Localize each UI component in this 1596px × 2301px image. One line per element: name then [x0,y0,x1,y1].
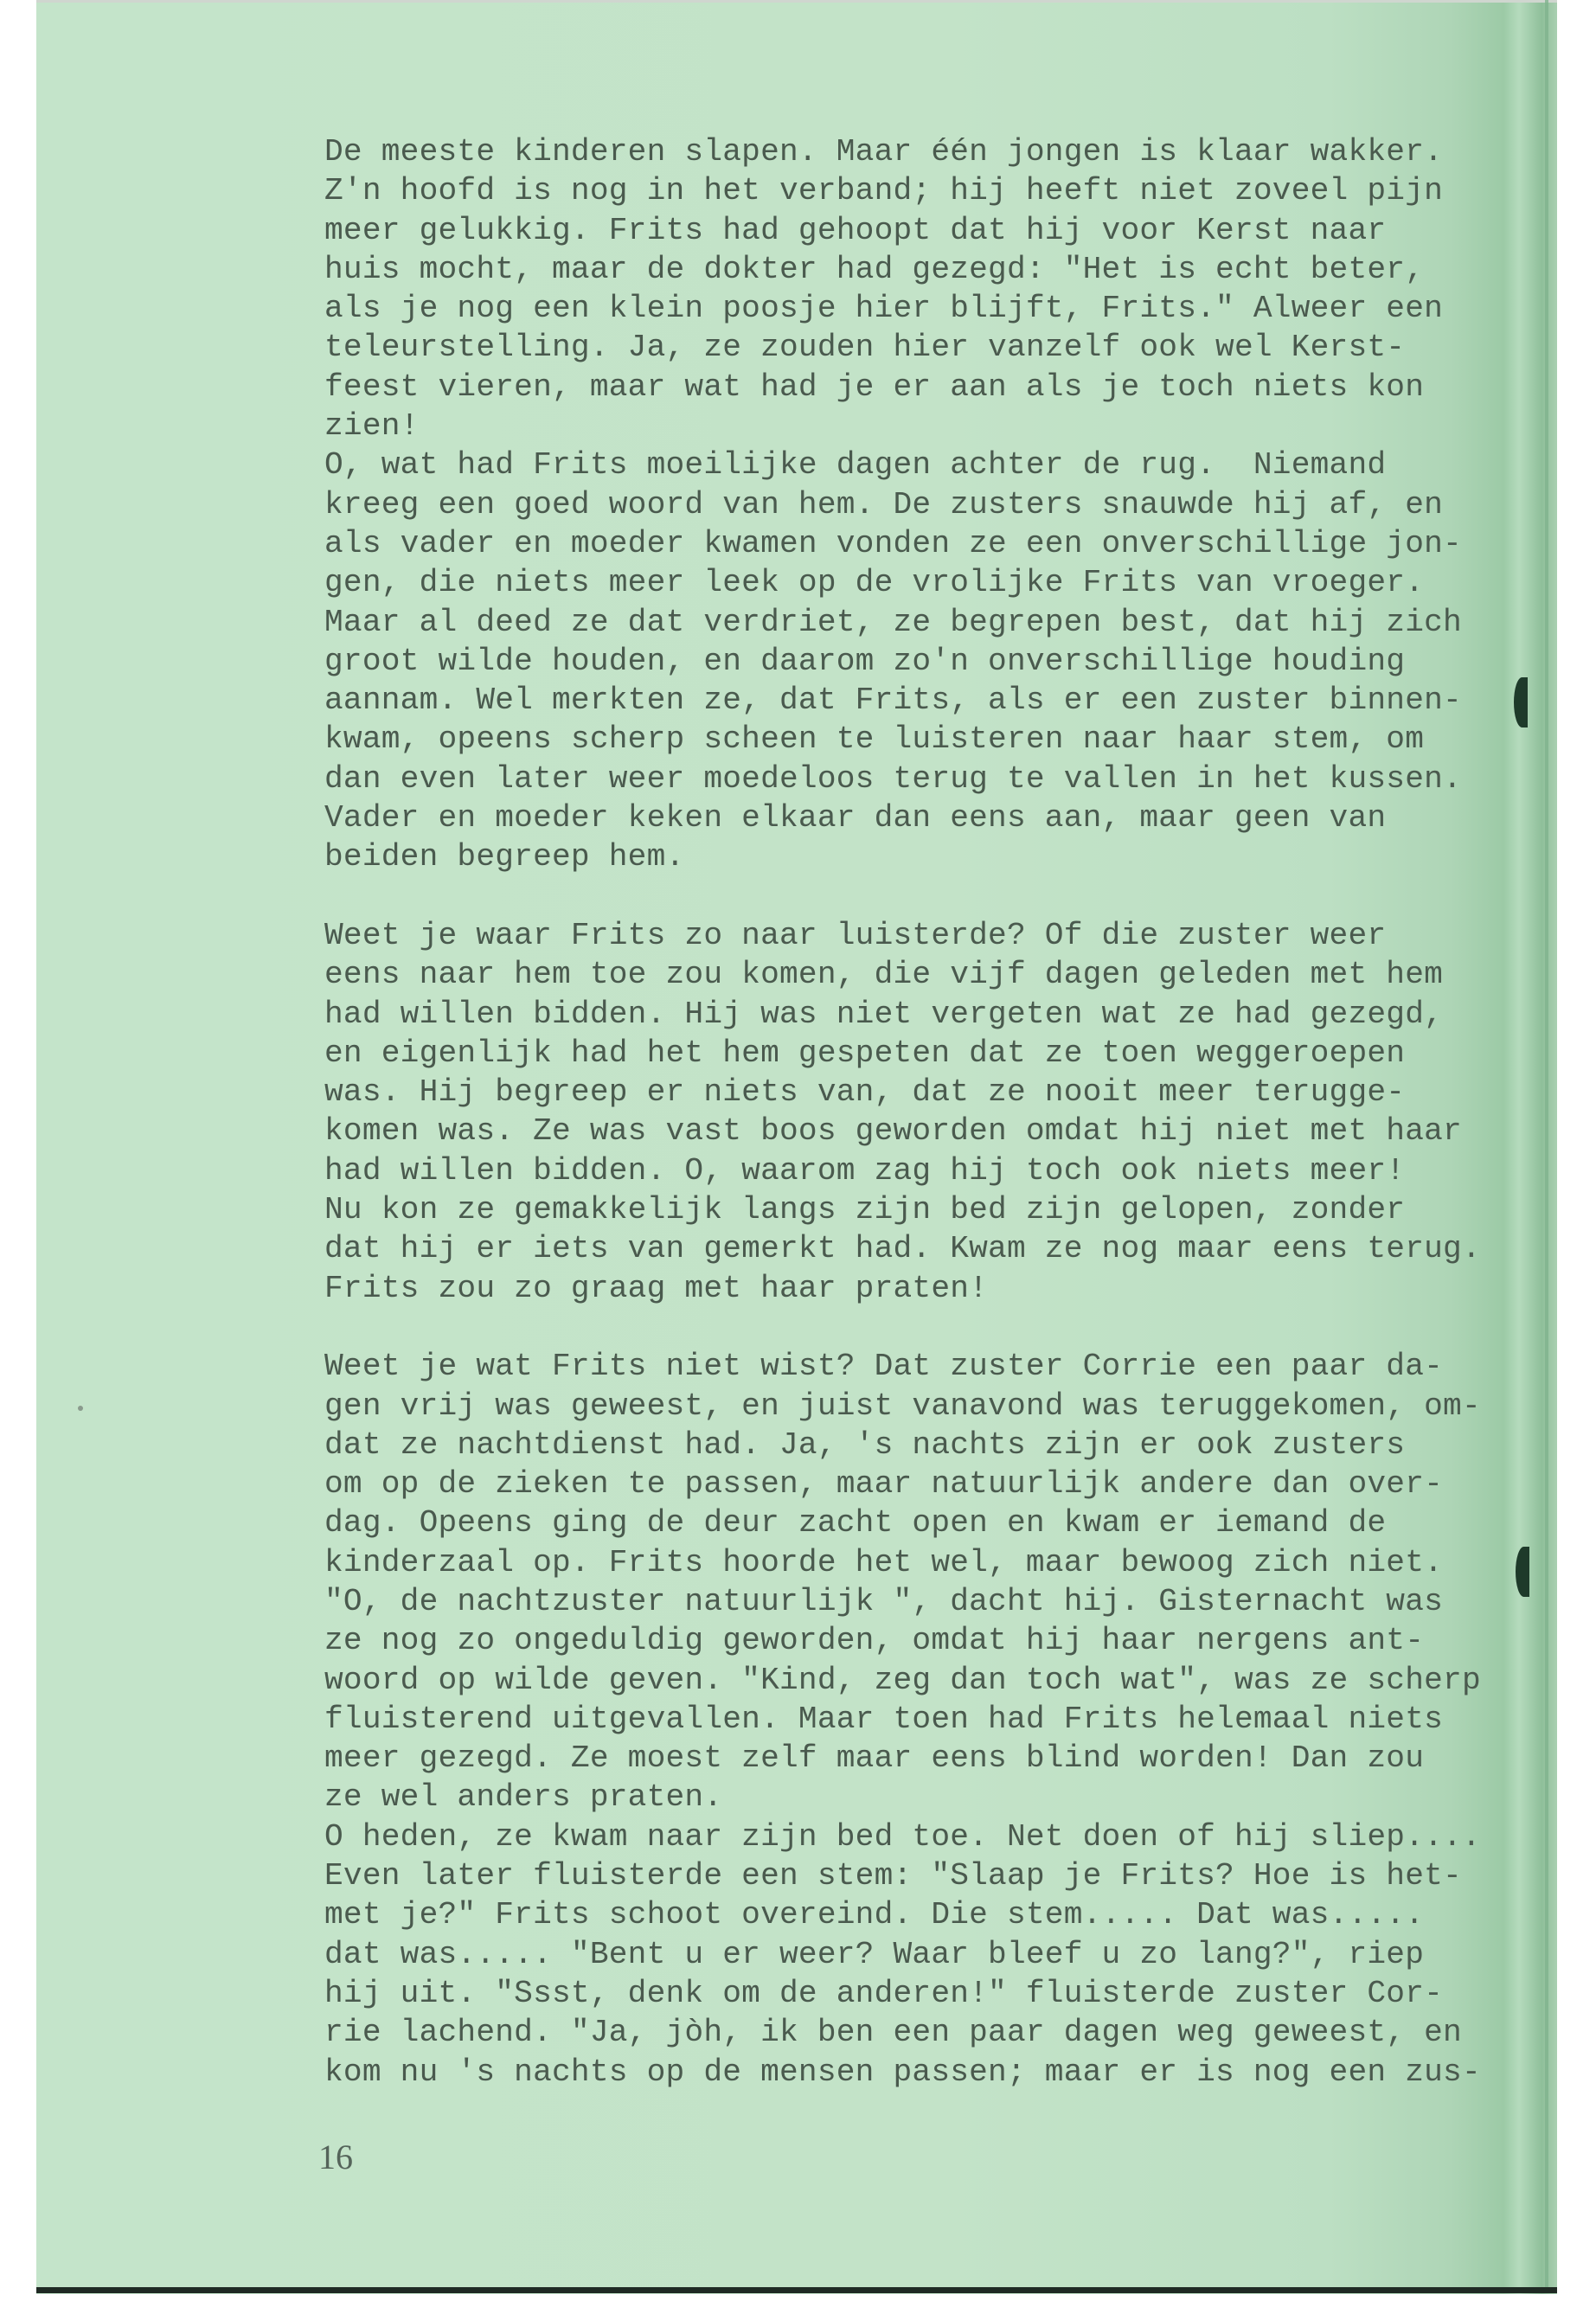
text-line: eens naar hem toe zou komen, die vijf da… [324,955,1553,994]
text-line: fluisterend uitgevallen. Maar toen had F… [324,1700,1553,1739]
text-line: gen, die niets meer leek op de vrolijke … [324,563,1553,602]
page-bottom-edge [36,2287,1557,2293]
text-line: beiden begreep hem. [324,837,1553,876]
paragraph-gap [324,877,1553,916]
text-line: "O, de nachtzuster natuurlijk ", dacht h… [324,1582,1553,1621]
text-line: Z'n hoofd is nog in het verband; hij hee… [324,171,1553,210]
text-line: teleurstelling. Ja, ze zouden hier vanze… [324,328,1553,367]
text-line: aannam. Wel merkten ze, dat Frits, als e… [324,681,1553,720]
text-line: en eigenlijk had het hem gespeten dat ze… [324,1034,1553,1073]
text-line: gen vrij was geweest, en juist vanavond … [324,1387,1553,1426]
text-line: als vader en moeder kwamen vonden ze een… [324,524,1553,563]
text-line: Weet je waar Frits zo naar luisterde? Of… [324,916,1553,955]
text-line: ze wel anders praten. [324,1778,1553,1817]
paragraph: O heden, ze kwam naar zijn bed toe. Net … [324,1817,1553,2092]
text-line: rie lachend. "Ja, jòh, ik ben een paar d… [324,2013,1553,2052]
text-line: hij uit. "Ssst, denk om de anderen!" flu… [324,1974,1553,2013]
text-line: meer gezegd. Ze moest zelf maar eens bli… [324,1739,1553,1778]
text-line: komen was. Ze was vast boos geworden omd… [324,1112,1553,1150]
text-line: kwam, opeens scherp scheen te luisteren … [324,720,1553,759]
text-line: dag. Opeens ging de deur zacht open en k… [324,1503,1553,1542]
text-line: woord op wilde geven. "Kind, zeg dan toc… [324,1661,1553,1700]
text-line: feest vieren, maar wat had je er aan als… [324,368,1553,407]
story-text: De meeste kinderen slapen. Maar één jong… [324,132,1553,2092]
text-line: dat ze nachtdienst had. Ja, 's nachts zi… [324,1426,1553,1465]
paragraph-gap [324,1308,1553,1347]
paragraph: Weet je waar Frits zo naar luisterde? Of… [324,916,1553,1308]
page-number: 16 [318,2137,353,2177]
text-line: kreeg een goed woord van hem. De zusters… [324,485,1553,524]
text-line: Maar al deed ze dat verdriet, ze begrepe… [324,603,1553,642]
paragraph: O, wat had Frits moeilijke dagen achter … [324,445,1553,876]
text-line: De meeste kinderen slapen. Maar één jong… [324,132,1553,171]
text-line: als je nog een klein poosje hier blijft,… [324,289,1553,328]
text-line: O, wat had Frits moeilijke dagen achter … [324,445,1553,484]
text-line: Even later fluisterde een stem: "Slaap j… [324,1856,1553,1895]
text-line: met je?" Frits schoot overeind. Die stem… [324,1895,1553,1934]
text-line: om op de zieken te passen, maar natuurli… [324,1465,1553,1503]
text-line: kinderzaal op. Frits hoorde het wel, maa… [324,1543,1553,1582]
paragraph: Weet je wat Frits niet wist? Dat zuster … [324,1347,1553,1817]
text-line: kom nu 's nachts op de mensen passen; ma… [324,2053,1553,2092]
paper-speck [78,1406,83,1411]
text-line: dat hij er iets van gemerkt had. Kwam ze… [324,1229,1553,1268]
text-line: Nu kon ze gemakkelijk langs zijn bed zij… [324,1190,1553,1229]
text-line: had willen bidden. Hij was niet vergeten… [324,995,1553,1034]
text-line: ze nog zo ongeduldig geworden, omdat hij… [324,1621,1553,1660]
text-line: zien! [324,407,1553,445]
text-line: dan even later weer moedeloos terug te v… [324,760,1553,798]
text-line: Vader en moeder keken elkaar dan eens aa… [324,798,1553,837]
paragraph: De meeste kinderen slapen. Maar één jong… [324,132,1553,445]
text-line: groot wilde houden, en daarom zo'n onver… [324,642,1553,681]
text-line: had willen bidden. O, waarom zag hij toc… [324,1151,1553,1190]
text-line: O heden, ze kwam naar zijn bed toe. Net … [324,1817,1553,1856]
text-line: Weet je wat Frits niet wist? Dat zuster … [324,1347,1553,1386]
text-line: huis mocht, maar de dokter had gezegd: "… [324,250,1553,289]
text-line: was. Hij begreep er niets van, dat ze no… [324,1073,1553,1112]
text-line: Frits zou zo graag met haar praten! [324,1269,1553,1308]
text-line: dat was..... "Bent u er weer? Waar bleef… [324,1935,1553,1974]
text-line: meer gelukkig. Frits had gehoopt dat hij… [324,211,1553,250]
